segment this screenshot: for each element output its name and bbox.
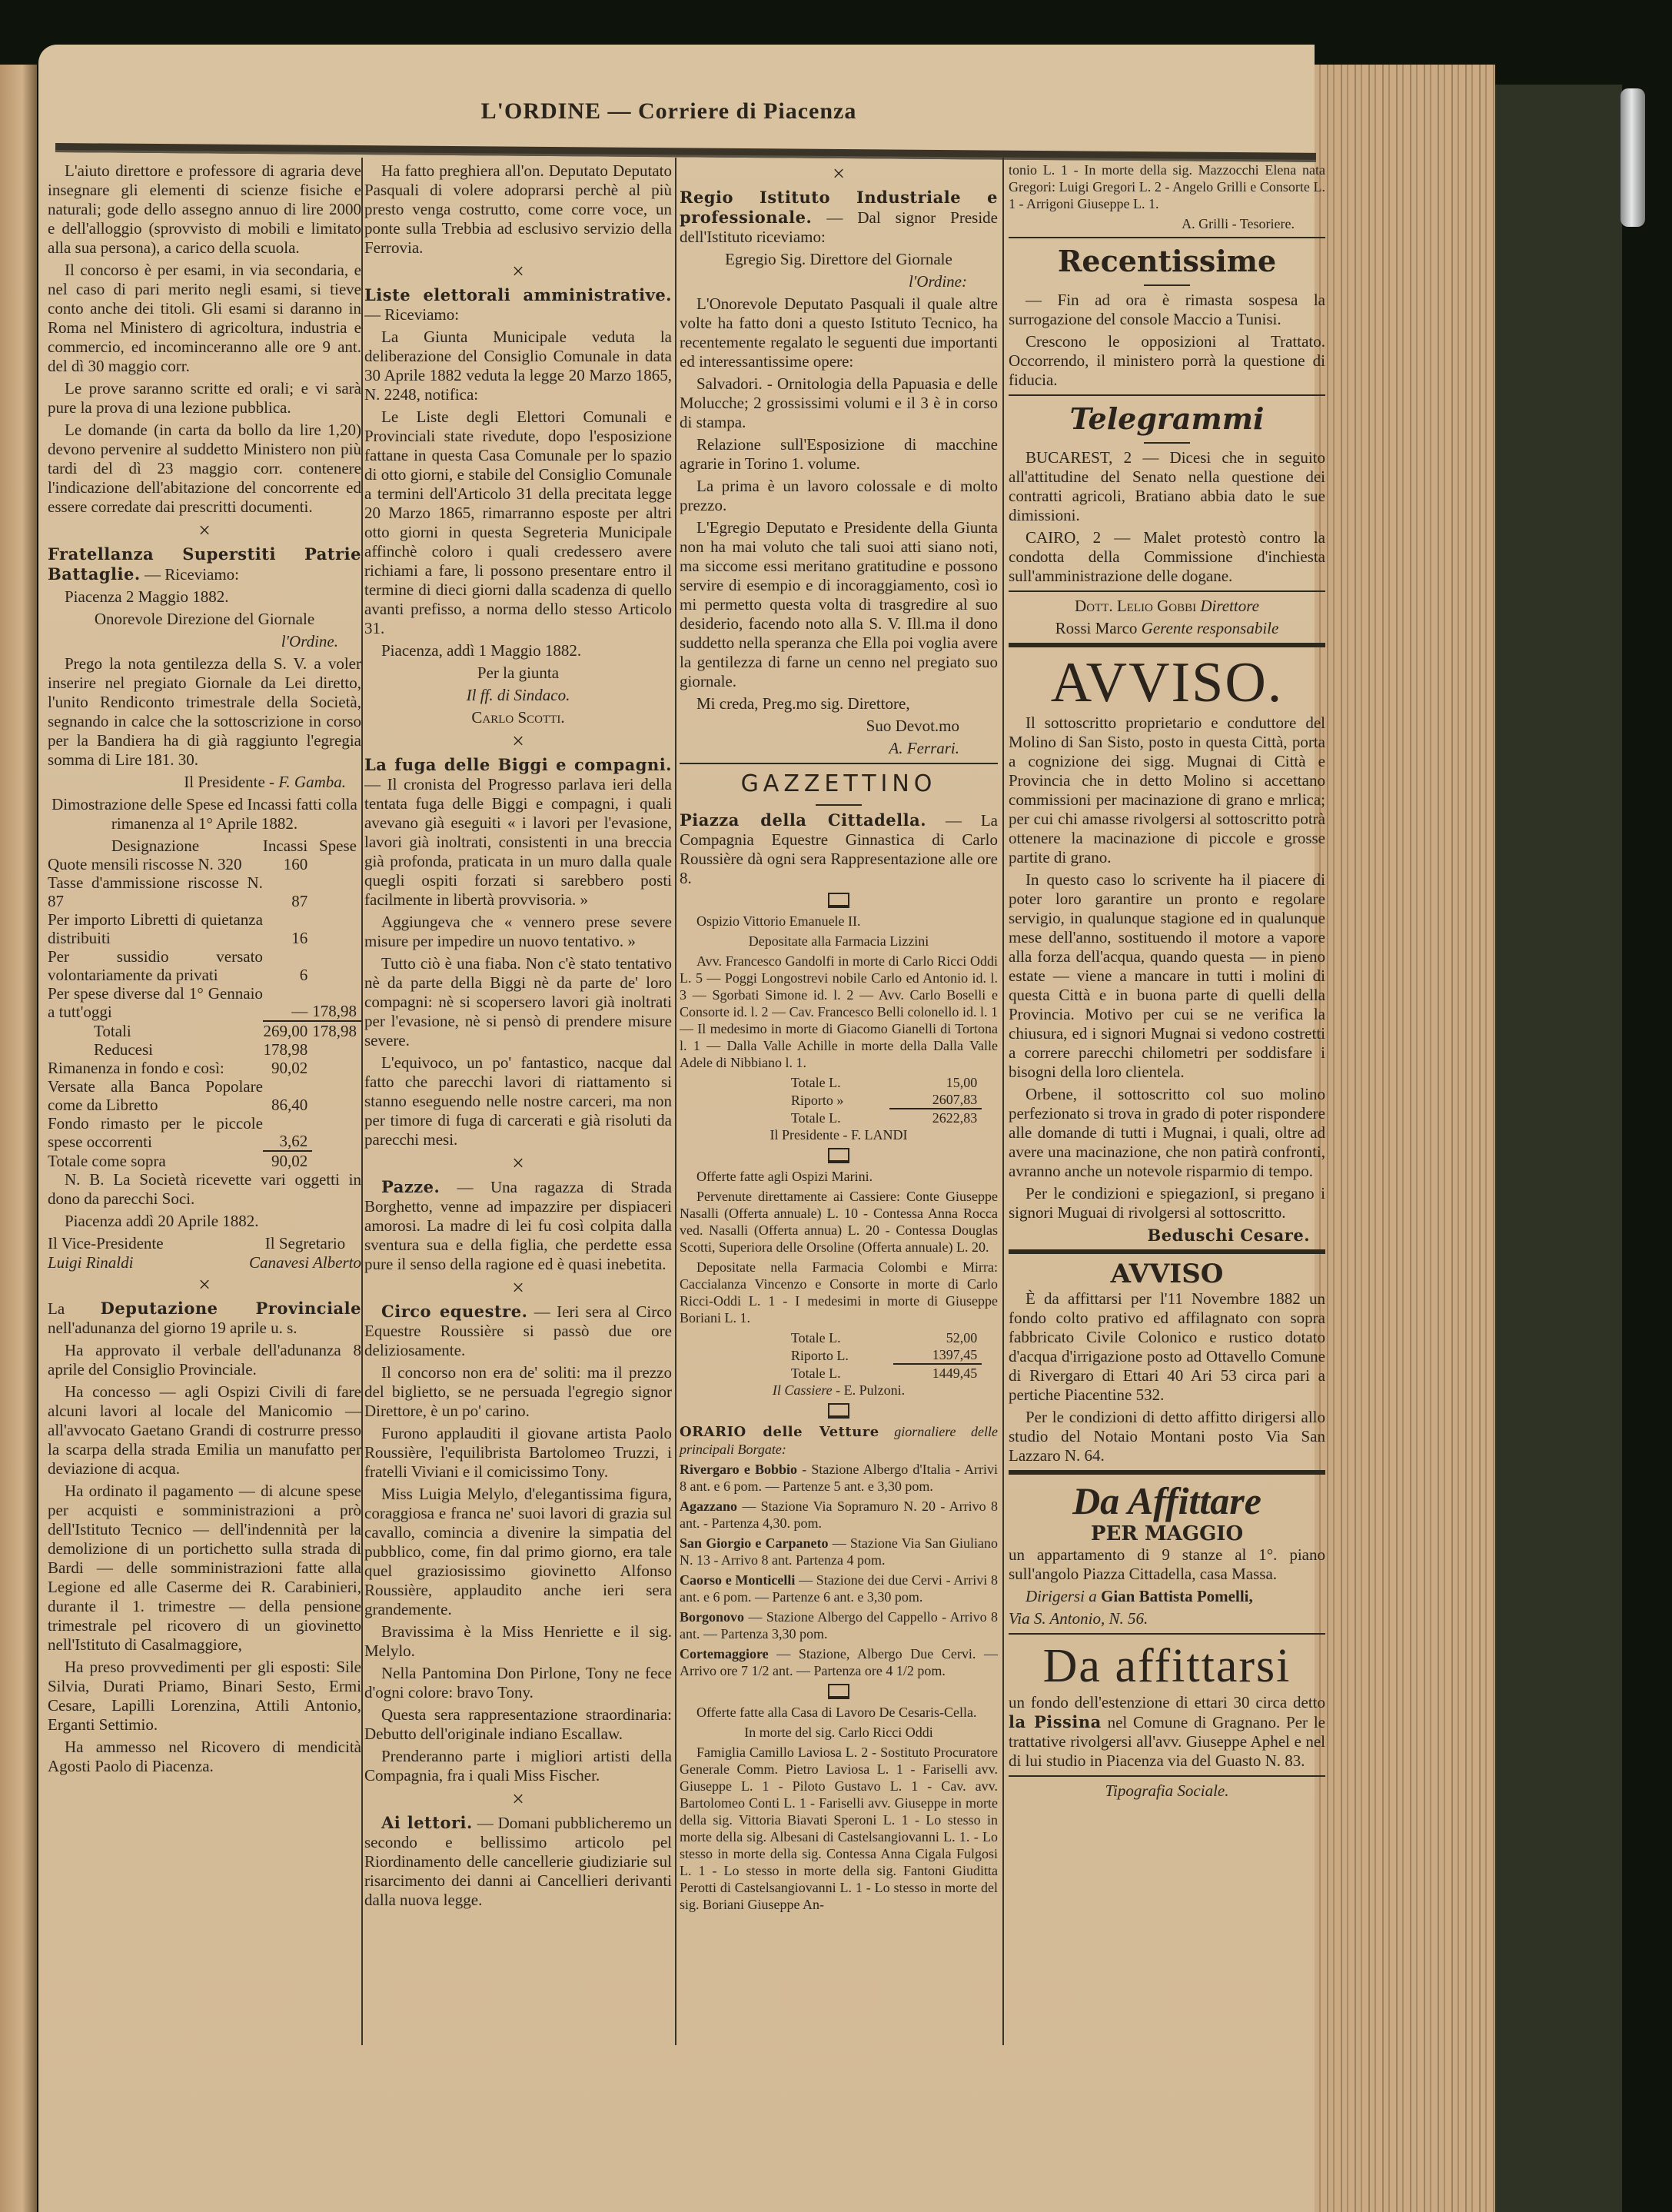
signature-name: Canavesi Alberto [249,1253,361,1272]
section-separator-icon: × [48,1274,361,1297]
article-paragraph: Le domande (in carta da bollo da lire 1,… [48,421,361,517]
orario-item: Agazzano — Stazione Via Sopramuro N. 20 … [680,1498,998,1532]
total-label: Riporto L. [791,1346,894,1364]
signature-name: - E. Pulzoni. [836,1382,905,1398]
ad-title-avviso: AVVISO [1009,1259,1325,1289]
row-incassi: 178,98 [263,1040,312,1059]
orario-item: Borgonovo — Stazione Albergo del Cappell… [680,1608,998,1642]
signature-role: Il Vice-Presidente [48,1234,164,1253]
total-row: Riporto »2607,83 [791,1091,982,1109]
dateline: Piacenza 2 Maggio 1882. [48,587,361,607]
row-incassi: 87 [263,873,312,910]
divider [1009,1470,1325,1475]
column-header: Spese [312,837,361,855]
row-label: Quote mensili riscosse N. 320 [48,855,263,873]
ad-title-avviso: AVVISO. [1009,652,1325,713]
signature: Il Cassiere - E. Pulzoni. [680,1382,998,1399]
total-value: 2607,83 [889,1091,982,1109]
divider [1009,1775,1325,1777]
ad-title-da-affittare: Da Affittare [1009,1479,1325,1522]
total-value: 2622,83 [889,1109,982,1126]
credit-role: Gerente responsabile [1142,619,1279,637]
column-header: Designazione [48,837,263,855]
signature: Il Presidente - F. Gamba. [48,773,361,792]
article-paragraph: Prego la nota gentilezza della S. V. a v… [48,654,361,770]
column-1: L'aiuto direttore e professore di agrari… [48,161,361,1779]
article-paragraph: Crescono le opposizioni al Trattato. Occ… [1009,332,1325,390]
table-row: Versate alla Banca Popolare come da Libr… [48,1077,361,1114]
article-title: ORARIO delle Vetture [680,1424,879,1440]
contact-name: Gian Battista Pomelli, [1101,1587,1253,1605]
article-paragraph: L'equivoco, un po' fantastico, nacque da… [364,1053,672,1149]
table-row: Totali269,00178,98 [48,1021,361,1040]
signature-name: Carlo Scotti. [364,708,672,727]
orario-place: Caorso e Monticelli [680,1572,795,1588]
column-header: Incassi [263,837,312,855]
ad-address: Via S. Antonio, N. 56. [1009,1609,1325,1628]
row-spese [312,947,361,984]
ad-signature: Beduschi Cesare. [1009,1226,1325,1245]
table-row: Quote mensili riscosse N. 320160 [48,855,361,873]
total-row: Riporto L.1397,45 [791,1346,982,1364]
masthead: L'ORDINE — Corriere di Piacenza [430,98,907,125]
row-label: Totale come sopra [48,1151,263,1170]
salutation-paper: l'Ordine: [680,272,998,291]
orario-place: Borgonovo [680,1609,744,1625]
article-title: Pazze. [381,1177,440,1196]
article-paragraph: La prima è un lavoro colossale e di molt… [680,477,998,515]
orario-item: San Giorgio e Carpaneto — Stazione Via S… [680,1535,998,1568]
row-spese [312,1151,361,1170]
ad-place-name: la Pissina [1009,1712,1102,1731]
ospizio-totals: Totale L.15,00 Riporto »2607,83 Totale L… [791,1074,982,1126]
article-pre: La [48,1299,65,1318]
article-title: Circo equestre. [381,1302,527,1321]
section-separator-icon: × [48,520,361,543]
ad-paragraph: Per le condizioni e spiegazionI, si preg… [1009,1184,1325,1222]
section-separator-icon: × [364,1788,672,1811]
table-row: Per spese diverse dal 1° Gennaio a tutt'… [48,984,361,1021]
row-label: Reducesi [48,1040,263,1059]
article-fratellanza: Fratellanza Superstiti Patrie Battaglie.… [48,544,361,584]
credits-director: Dott. Lelio Gobbi Direttore [1009,597,1325,616]
article-regio: Regio Istituto Industriale e professiona… [680,188,998,247]
total-label: Totale L. [791,1074,889,1091]
book-page-edges [1315,65,1495,2212]
signature: A. Grilli - Tesoriere. [1009,215,1325,232]
article-paragraph: Ha ordinato il pagamento — di alcune spe… [48,1482,361,1655]
article-lead: — Il cronista del Progresso parlava ieri… [364,775,672,909]
orario-item: Rivergaro e Bobbio - Stazione Albergo d'… [680,1461,998,1495]
article-paragraph: Relazione sull'Esposizione di macchine a… [680,435,998,474]
row-label: Per importo Libretti di quietanza distri… [48,910,263,947]
salutation: Onorevole Direzione del Giornale [48,610,361,629]
ad-paragraph: In questo caso lo scrivente ha il piacer… [1009,870,1325,1082]
row-spese [312,1040,361,1059]
section-separator-icon: × [680,163,998,186]
row-incassi: 160 [263,855,312,873]
article-title: Ai lettori. [381,1813,473,1832]
article-paragraph: Aggiungeva che « vennero prese severe mi… [364,913,672,951]
article-paragraph: Ha approvato il verbale dell'adunanza 8 … [48,1341,361,1379]
row-spese: 178,98 [312,984,361,1021]
orario-item: Cortemaggiore — Stazione, Albergo Due Ce… [680,1645,998,1679]
divider [816,804,862,806]
divider [1144,442,1190,444]
signature-line: Il ff. di Sindaco. [364,686,672,705]
article-paragraph: Ha concesso — agli Ospizi Civili di fare… [48,1382,361,1479]
article-deputazione: La Deputazione Provinciale nell'adunanza… [48,1299,361,1338]
section-title-recentissime: Recentissime [1009,243,1325,280]
divider [1009,590,1325,592]
article-paragraph: Il concorso è per esami, in via secondar… [48,261,361,376]
signature-vice: Il Vice-PresidenteLuigi Rinaldi [48,1234,164,1272]
article-paragraph: La Giunta Municipale veduta la deliberaz… [364,328,672,404]
cesaris-body: Famiglia Camillo Laviosa L. 2 - Sostitut… [680,1744,998,1913]
row-label: Per sussidio versato volontariamente da … [48,947,263,984]
signature-role: Il Segretario [249,1234,361,1253]
metal-clasp [1620,88,1645,227]
cesaris-continued: tonio L. 1 - In morte della sig. Mazzocc… [1009,161,1325,212]
section-title-gazzettino: GAZZETTINO [680,769,998,800]
section-box-icon [828,893,849,908]
credit-name: Dott. Lelio Gobbi [1075,597,1196,615]
ad-paragraph: un fondo dell'estenzione di ettari 30 ci… [1009,1693,1325,1771]
article-paragraph: Tutto ciò è una fiaba. Non c'è stato ten… [364,954,672,1050]
article-paragraph: Nella Pantomina Don Pirlone, Tony ne fec… [364,1664,672,1702]
article-liste: Liste elettorali amministrative. — Ricev… [364,285,672,324]
article-paragraph: L'Onorevole Deputato Pasquali il quale a… [680,294,998,371]
article-paragraph: Il concorso non era de' soliti: ma il pr… [364,1363,672,1421]
marini-totals: Totale L.52,00 Riporto L.1397,45 Totale … [791,1329,982,1382]
section-box-icon [828,1684,849,1699]
credits-manager: Rossi Marco Gerente responsabile [1009,619,1325,638]
table-title: Dimostrazione delle Spese ed Incassi fat… [48,795,361,833]
total-value: 15,00 [889,1074,982,1091]
section-box-icon [828,1148,849,1163]
divider [680,763,998,764]
article-paragraph: Ha ammesso nel Ricovero di mendicità Ago… [48,1738,361,1776]
total-row: Totale L.1449,45 [791,1364,982,1382]
row-incassi: 269,00 [263,1021,312,1040]
total-label: Totale L. [791,1329,894,1346]
orario-place: Rivergaro e Bobbio [680,1462,797,1477]
article-paragraph: CAIRO, 2 — Malet protestò contro la cond… [1009,528,1325,586]
orario-title: ORARIO delle Vetture giornaliere delle p… [680,1423,998,1458]
article-paragraph: Le prove saranno scritte ed orali; e vi … [48,379,361,417]
table-row: Reducesi178,98 [48,1040,361,1059]
total-label: Totale L. [791,1109,889,1126]
printer-imprint: Tipografia Sociale. [1009,1781,1325,1801]
column-4: tonio L. 1 - In morte della sig. Mazzocc… [1009,161,1325,1804]
closing: Mi creda, Preg.mo sig. Direttore, [680,694,998,713]
article-paragraph: Le Liste degli Elettori Comunali e Provi… [364,407,672,638]
column-divider [675,158,676,2045]
section-box-icon [828,1403,849,1419]
table-row: Fondo rimasto per le piccole spese occor… [48,1114,361,1151]
row-incassi: 90,02 [263,1059,312,1077]
article-paragraph: Miss Luigia Melylo, d'elegantissima figu… [364,1485,672,1619]
total-row: Totale L.52,00 [791,1329,982,1346]
column-divider [1002,158,1004,2045]
section-separator-icon: × [364,1277,672,1300]
orario-place: Agazzano [680,1499,737,1514]
divider [1009,237,1325,238]
salutation-paper: l'Ordine. [48,632,361,651]
book-cover-cloth [1495,85,1622,2212]
total-row: Totale L.15,00 [791,1074,982,1091]
article-pazze: Pazze. — Una ragazza di Strada Borghetto… [364,1177,672,1274]
ad-paragraph: Orbene, il sottoscritto col suo molino p… [1009,1085,1325,1181]
ad-text: un fondo dell'estenzione di ettari 30 ci… [1009,1693,1325,1711]
total-row: Totale L.2622,83 [791,1109,982,1126]
dateline: Piacenza addì 20 Aprile 1882. [48,1212,361,1231]
table-row: Per sussidio versato volontariamente da … [48,947,361,984]
article-lead: nell'adunanza del giorno 19 aprile u. s. [48,1319,298,1337]
ospizio-body: Avv. Francesco Gandolfi in morte di Carl… [680,953,998,1071]
ospizio-sub: Depositate alla Farmacia Lizzini [680,933,998,950]
article-circo: Circo equestre. — Ieri sera al Circo Equ… [364,1302,672,1360]
article-paragraph: Depositate nella Farmacia Colombi e Mirr… [680,1259,998,1326]
divider [1009,1633,1325,1635]
ospizio-title: Ospizio Vittorio Emanuele II. [680,913,998,930]
row-incassi: 16 [263,910,312,947]
column-divider [361,158,363,2045]
signature-role: Il Cassiere [773,1382,833,1398]
table-row: Totale come sopra90,02 [48,1151,361,1170]
row-label: Rimanenza in fondo e così: [48,1059,263,1077]
signature-line: Per la giunta [364,664,672,683]
total-label: Totale L. [791,1364,894,1382]
contact-pre: Dirigersi a [1025,1587,1097,1605]
article-paragraph: Ha fatto preghiera all'on. Deputato Depu… [364,161,672,258]
signature-role: Il Presidente - [184,773,274,791]
ad-paragraph: Il sottoscritto proprietario e conduttor… [1009,713,1325,867]
row-incassi: 90,02 [263,1151,312,1170]
divider [1009,643,1325,647]
ad-title-da-affittarsi: Da affittarsi [1009,1639,1325,1693]
article-title: Deputazione Provinciale [101,1299,361,1318]
cesaris-sub: In morte del sig. Carlo Ricci Oddi [680,1724,998,1741]
row-label: Totali [48,1021,263,1040]
signature-name: Luigi Rinaldi [48,1253,164,1272]
article-title: Piazza della Cittadella. [680,810,926,830]
row-incassi: 3,62 [263,1114,312,1151]
dateline: Piacenza, addì 1 Maggio 1882. [364,641,672,660]
article-title: Liste elettorali amministrative. [364,285,672,304]
row-incassi: — [263,984,312,1021]
signature-name: A. Ferrari. [680,739,998,758]
article-lettori: Ai lettori. — Domani pubblicheremo un se… [364,1813,672,1910]
total-value: 1397,45 [893,1346,982,1364]
article-paragraph: Ha preso provvedimenti per gli esposti: … [48,1658,361,1735]
signature-name: F. Gamba. [278,773,346,791]
row-incassi: 86,40 [263,1077,312,1114]
column-3: × Regio Istituto Industriale e professio… [680,161,998,1916]
salutation: Egregio Sig. Direttore del Giornale [680,250,998,269]
divider [1144,284,1190,286]
article-paragraph: Pervenute direttamente ai Cassiere: Cont… [680,1188,998,1256]
total-value: 52,00 [893,1329,982,1346]
divider [1009,1249,1325,1254]
row-label: Tasse d'ammissione riscosse N. 87 [48,873,263,910]
signature: Il Presidente - F. LANDI [680,1126,998,1143]
article-paragraph: Salvadori. - Ornitologia della Papuasia … [680,374,998,432]
article-paragraph: Bravissima è la Miss Henriette e il sig.… [364,1622,672,1661]
article-paragraph: L'Egregio Deputato e Presidente della Gi… [680,518,998,691]
article-paragraph: BUCAREST, 2 — Dicesi che in seguito all'… [1009,448,1325,525]
total-label: Riporto » [791,1091,889,1109]
article-lead: — Riceviamo: [364,305,459,324]
ad-paragraph: Per le condizioni di detto affitto dirig… [1009,1408,1325,1465]
article-lead: — Riceviamo: [145,565,239,584]
marini-title: Offerte fatte agli Ospizi Marini. [680,1168,998,1185]
article-piazza: Piazza della Cittadella. — La Compagnia … [680,810,998,888]
article-paragraph: L'aiuto direttore e professore di agrari… [48,161,361,258]
row-label: Versate alla Banca Popolare come da Libr… [48,1077,263,1114]
orario-place: Cortemaggiore [680,1646,769,1661]
row-spese [312,1059,361,1077]
total-value: 1449,45 [893,1364,982,1382]
closing: Suo Devot.mo [680,717,998,736]
article-fuga: La fuga delle Biggi e compagni. — Il cro… [364,755,672,910]
signature-segretario: Il SegretarioCanavesi Alberto [249,1234,361,1272]
column-2: Ha fatto preghiera all'on. Deputato Depu… [364,161,672,1913]
table-row: Per importo Libretti di quietanza distri… [48,910,361,947]
divider [1009,394,1325,396]
previous-page-edge [0,65,37,2212]
ad-paragraph: È da affittarsi per l'11 Novembre 1882 u… [1009,1289,1325,1405]
row-spese [312,873,361,910]
ad-subtitle: PER MAGGIO [1009,1522,1325,1545]
article-paragraph: Questa sera rappresentazione straordinar… [364,1705,672,1744]
credit-role: Direttore [1200,597,1259,615]
row-label: Fondo rimasto per le piccole spese occor… [48,1114,263,1151]
table-row: Rimanenza in fondo e così:90,02 [48,1059,361,1077]
orario-place: San Giorgio e Carpaneto [680,1535,829,1551]
row-incassi: 6 [263,947,312,984]
signatures: Il Vice-PresidenteLuigi Rinaldi Il Segre… [48,1234,361,1272]
section-separator-icon: × [364,261,672,284]
article-paragraph: — Fin ad ora è rimasta sospesa la surrog… [1009,291,1325,329]
orario-item: Caorso e Monticelli — Stazione dei due C… [680,1572,998,1605]
article-paragraph: Prenderanno parte i migliori artisti del… [364,1747,672,1785]
row-spese [312,1114,361,1151]
accounts-table: Designazione Incassi Spese Quote mensili… [48,837,361,1170]
article-paragraph: Furono applauditi il giovane artista Pao… [364,1424,672,1482]
article-title: La fuga delle Biggi e compagni. [364,755,672,774]
ad-contact: Dirigersi a Gian Battista Pomelli, [1009,1587,1325,1606]
row-spese [312,910,361,947]
table-header-row: Designazione Incassi Spese [48,837,361,855]
row-label: Per spese diverse dal 1° Gennaio a tutt'… [48,984,263,1021]
ad-paragraph: un appartamento di 9 stanze al 1°. piano… [1009,1545,1325,1584]
note: N. B. La Società ricevette vari oggetti … [48,1170,361,1209]
section-separator-icon: × [364,730,672,753]
section-separator-icon: × [364,1153,672,1176]
row-spese [312,855,361,873]
section-title-telegrammi: Telegrammi [1009,401,1325,437]
credit-name: Rossi Marco [1055,619,1138,637]
row-spese: 178,98 [312,1021,361,1040]
table-row: Tasse d'ammissione riscosse N. 8787 [48,873,361,910]
cesaris-title: Offerte fatte alla Casa di Lavoro De Ces… [680,1704,998,1721]
row-spese [312,1077,361,1114]
